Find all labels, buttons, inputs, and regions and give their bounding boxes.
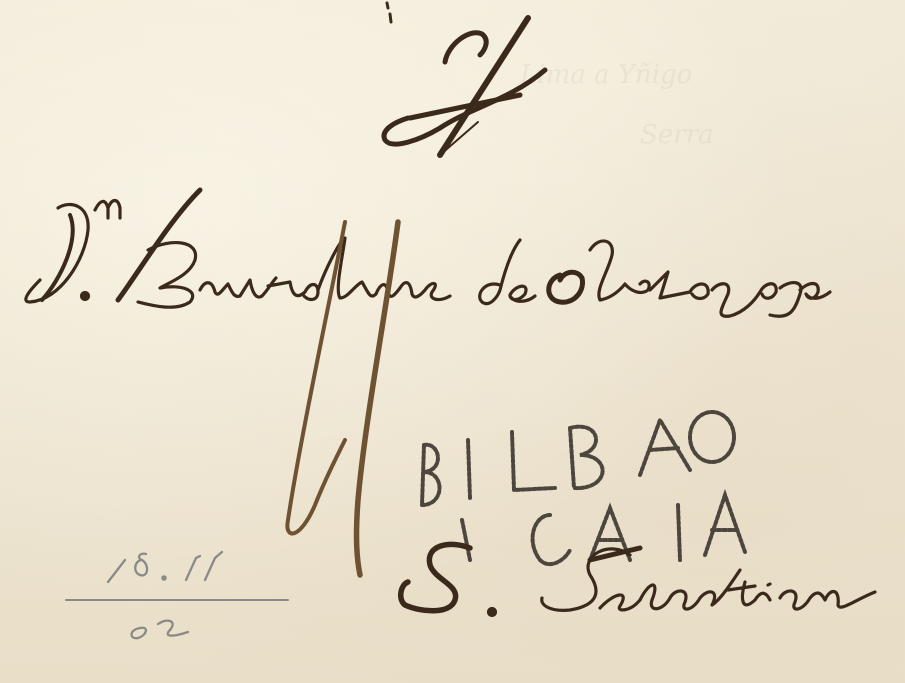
letter-cover: Lima a Yñigo Serra	[0, 0, 905, 683]
